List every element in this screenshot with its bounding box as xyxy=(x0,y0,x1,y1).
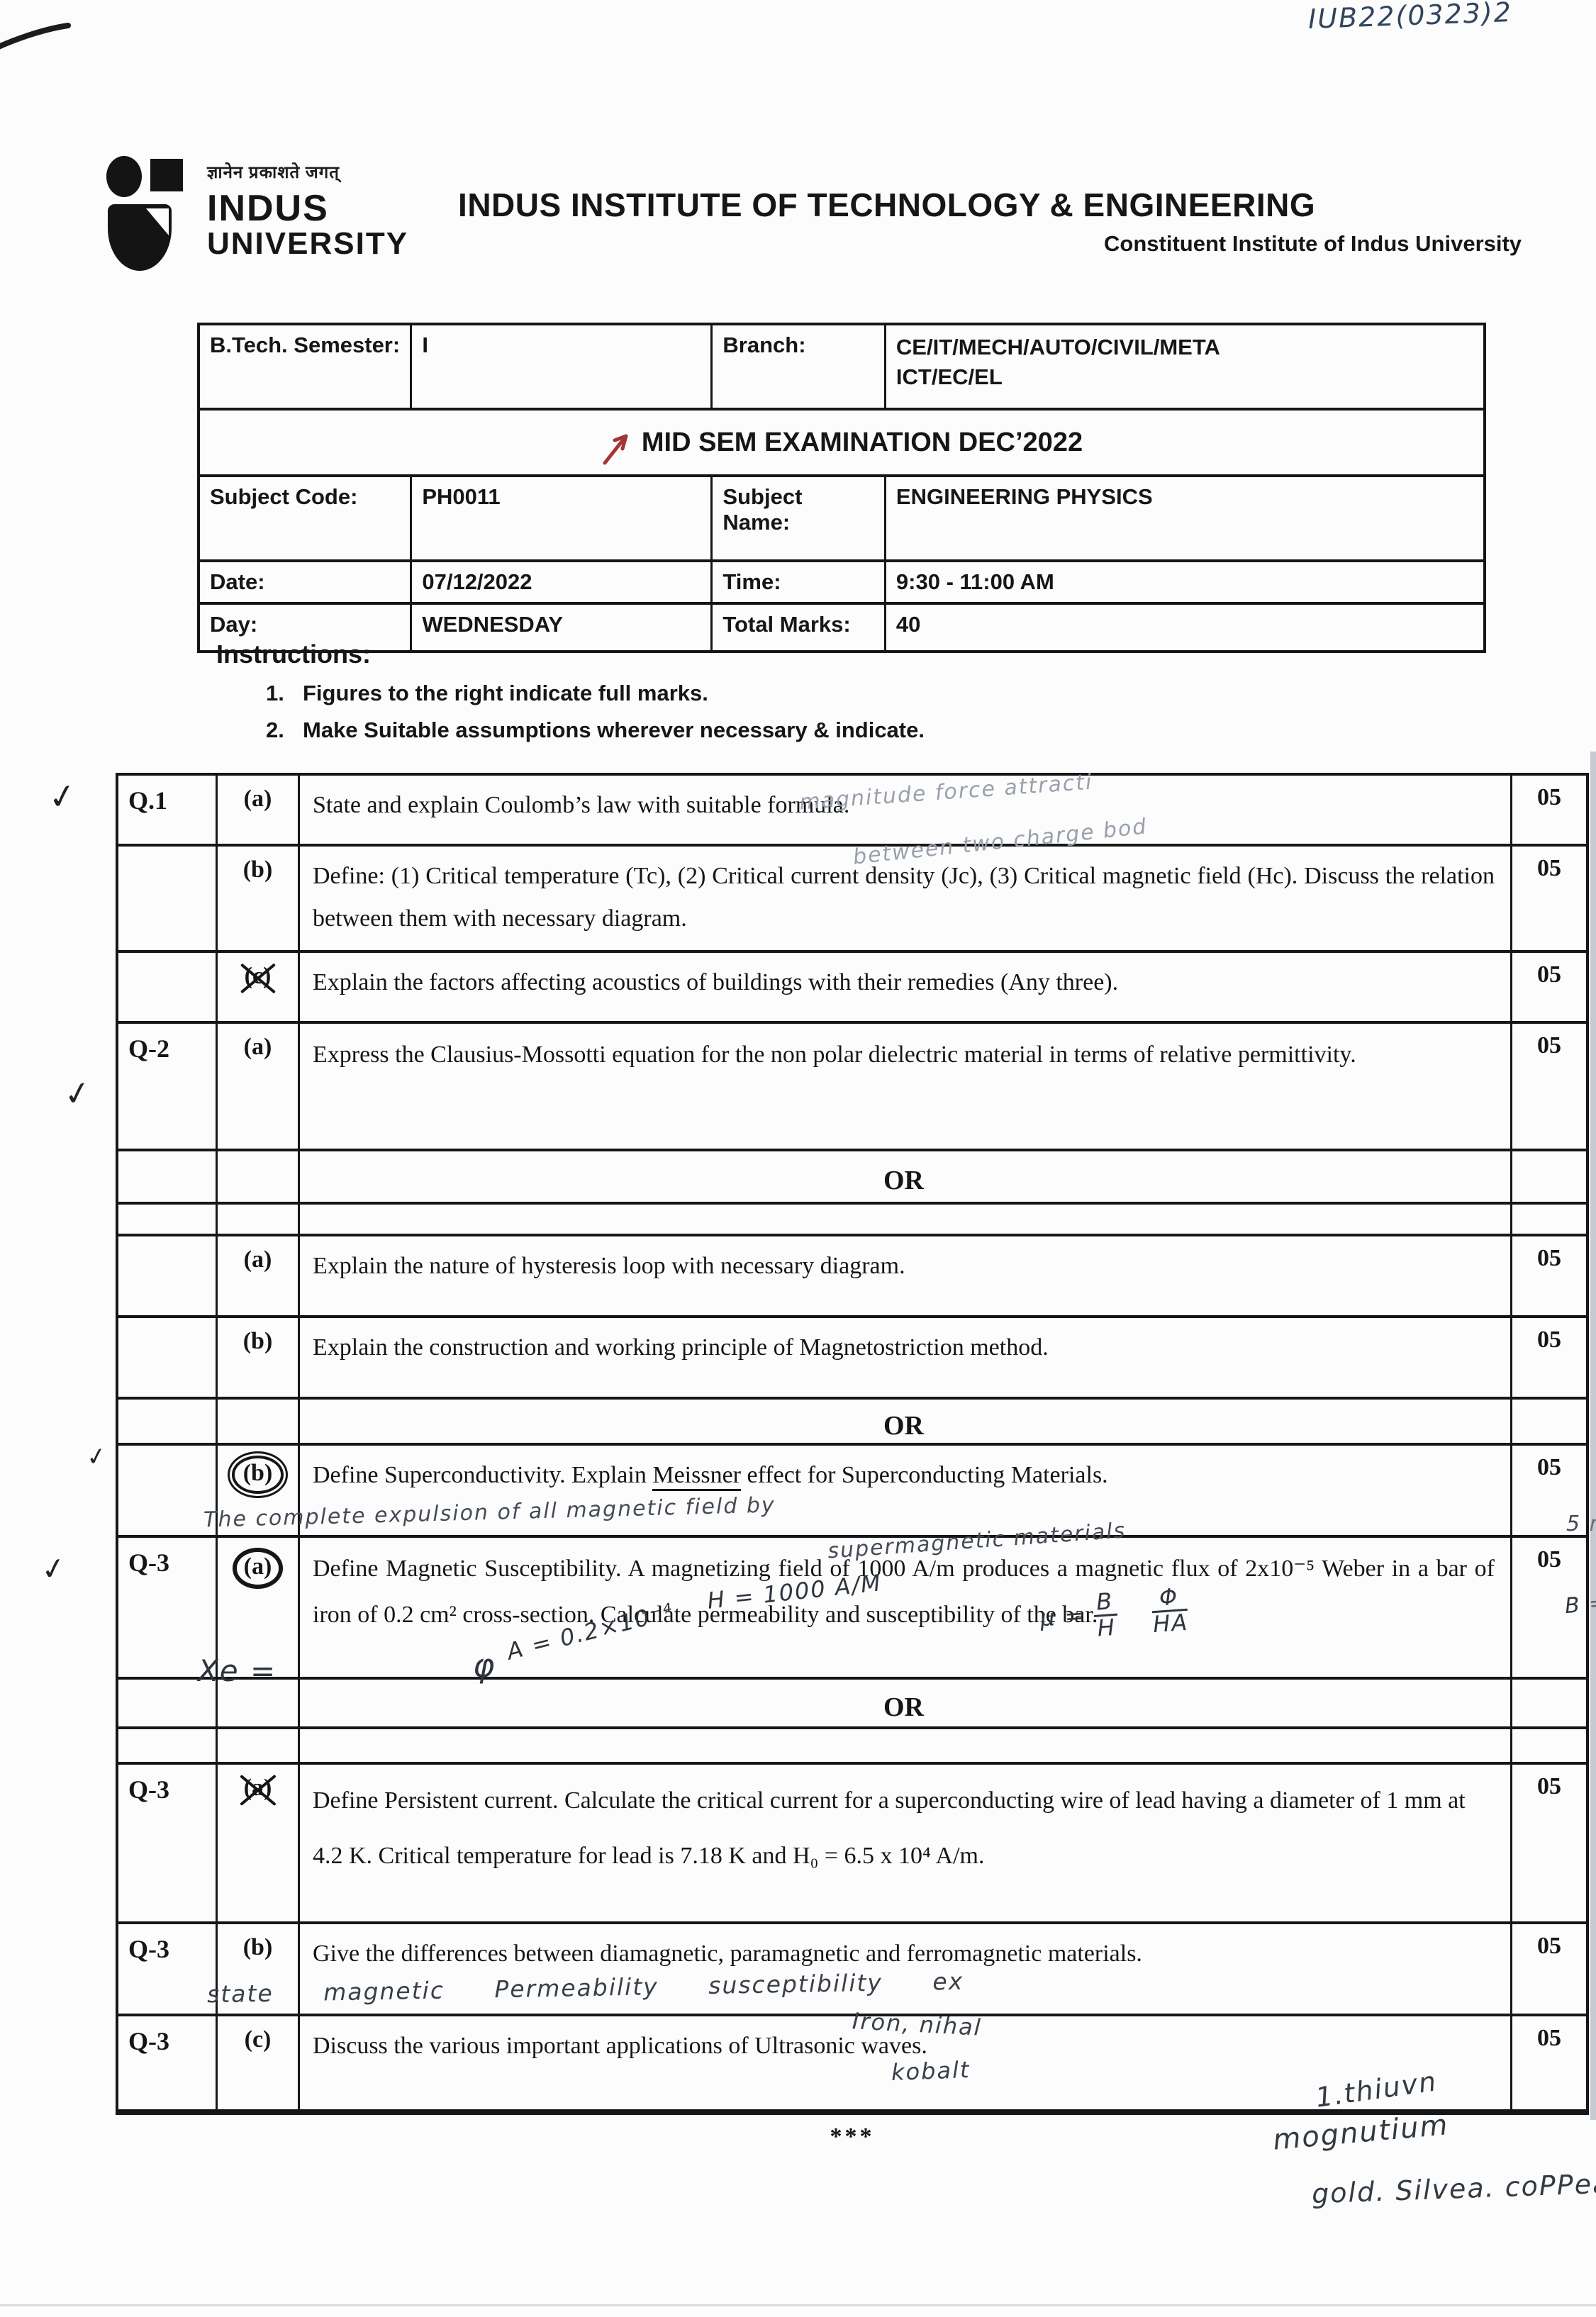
handwritten-note: gold. Silvea. coPPea xyxy=(1311,2168,1596,2210)
or-label: OR xyxy=(300,1151,1512,1202)
scan-edge-line xyxy=(0,2304,1596,2306)
instructions-heading: Instructions: xyxy=(216,640,925,669)
question-marks: 05 xyxy=(1512,953,1586,1021)
question-marks: 05 xyxy=(1512,1318,1586,1397)
question-number xyxy=(118,1318,218,1397)
question-row: (a) Explain the nature of hysteresis loo… xyxy=(118,1236,1586,1318)
question-part-crossed-out: (a) xyxy=(218,1765,300,1921)
or-label: OR xyxy=(300,1680,1512,1726)
branch-label: Branch: xyxy=(713,325,886,408)
subject-name-label: Subject Name: xyxy=(713,477,886,559)
subject-name-value: ENGINEERING PHYSICS xyxy=(886,477,1483,559)
question-part: (a) xyxy=(218,1236,300,1315)
exam-title-row: MID SEM EXAMINATION DEC’2022 xyxy=(200,411,1483,477)
checkmark: ✓ xyxy=(84,1441,109,1473)
or-row: OR xyxy=(118,1400,1586,1446)
question-part-circled: (a) xyxy=(218,1538,300,1677)
question-row: Q-2 (a) Express the Clausius-Mossotti eq… xyxy=(118,1024,1586,1151)
handwritten-student-id: IUB22(0323)2 xyxy=(1307,0,1512,35)
question-row: Q-3 (a) Define Persistent current. Calcu… xyxy=(118,1765,1586,1924)
question-text: Express the Clausius-Mossotti equation f… xyxy=(300,1024,1512,1149)
total-marks-value: 40 xyxy=(886,605,1483,650)
question-marks: 05 xyxy=(1512,847,1586,950)
question-part: (b) xyxy=(218,847,300,950)
branch-value: CE/IT/MECH/AUTO/CIVIL/META ICT/EC/EL xyxy=(886,325,1483,408)
question-number xyxy=(118,847,218,950)
logo-name-line2: UNIVERSITY xyxy=(207,228,408,259)
header: ज्ञानेन प्रकाशते जगत् INDUS UNIVERSITY I… xyxy=(106,155,1522,272)
exam-paper-scan: IUB22(0323)2 ज्ञानेन प्रकाशते जगत् INDUS… xyxy=(0,0,1596,2317)
indus-logo-icon xyxy=(106,155,193,272)
question-number: Q.1 xyxy=(118,776,218,844)
question-row: (c) Explain the factors affecting acoust… xyxy=(118,953,1586,1024)
logo-motto: ज्ञानेन प्रकाशते जगत् xyxy=(207,160,408,184)
question-part-circled: (b) xyxy=(218,1446,300,1535)
question-row: Q-3 (a) Define Magnetic Susceptibility. … xyxy=(118,1538,1586,1680)
checkmark: ✓ xyxy=(38,1549,69,1587)
question-row: (b) Define: (1) Critical temperature (Tc… xyxy=(118,847,1586,953)
question-text: Define Superconductivity. Explain Meissn… xyxy=(300,1446,1512,1535)
spacer-row xyxy=(118,1205,1586,1236)
subject-code-value: PH0011 xyxy=(412,477,713,559)
question-marks: 05 xyxy=(1512,1236,1586,1315)
question-row: Q-3 (b) Give the differences between dia… xyxy=(118,1924,1586,2016)
question-text: Explain the nature of hysteresis loop wi… xyxy=(300,1236,1512,1315)
question-part: (a) xyxy=(218,776,300,844)
question-text: Define: (1) Critical temperature (Tc), (… xyxy=(300,847,1512,950)
or-row: OR xyxy=(118,1151,1586,1205)
red-pen-arrow-icon xyxy=(601,428,635,466)
instructions: Instructions: 1. Figures to the right in… xyxy=(216,640,925,743)
instruction-item: 1. Figures to the right indicate full ma… xyxy=(266,681,925,706)
question-number: Q-3 xyxy=(118,1765,218,1921)
question-part: (c) xyxy=(218,2016,300,2109)
or-row: OR xyxy=(118,1680,1586,1729)
question-text: Explain the factors affecting acoustics … xyxy=(300,953,1512,1021)
subject-code-label: Subject Code: xyxy=(200,477,412,559)
question-number xyxy=(118,1446,218,1535)
checkmark: ✓ xyxy=(45,775,79,819)
question-text: Explain the construction and working pri… xyxy=(300,1318,1512,1397)
institute-subtitle: Constituent Institute of Indus Universit… xyxy=(458,231,1522,257)
question-part: (a) xyxy=(218,1024,300,1149)
question-marks: 05 xyxy=(1512,1538,1586,1677)
question-part: (b) xyxy=(218,1318,300,1397)
spacer-row xyxy=(118,1729,1586,1765)
question-number xyxy=(118,953,218,1021)
question-table: Q.1 (a) State and explain Coulomb’s law … xyxy=(116,773,1589,2115)
corner-pen-stroke xyxy=(0,10,82,60)
logo-name-line1: INDUS xyxy=(207,189,408,228)
exam-title: MID SEM EXAMINATION DEC’2022 xyxy=(642,428,1083,458)
date-label: Date: xyxy=(200,562,412,602)
question-number: Q-3 xyxy=(118,1924,218,2014)
question-number: Q-3 xyxy=(118,1538,218,1677)
question-marks: 05 xyxy=(1512,1446,1586,1535)
question-text: State and explain Coulomb’s law with sui… xyxy=(300,776,1512,844)
question-marks: 05 xyxy=(1512,1765,1586,1921)
question-text: Give the differences between diamagnetic… xyxy=(300,1924,1512,2014)
question-marks: 05 xyxy=(1512,1924,1586,2014)
underlined-word: Meissner xyxy=(652,1462,741,1491)
time-label: Time: xyxy=(713,562,886,602)
semester-label: B.Tech. Semester: xyxy=(200,325,412,408)
question-text: Define Persistent current. Calculate the… xyxy=(300,1765,1512,1921)
question-row: Q.1 (a) State and explain Coulomb’s law … xyxy=(118,776,1586,847)
question-part: (b) xyxy=(218,1924,300,2014)
question-row: (b) Explain the construction and working… xyxy=(118,1318,1586,1400)
time-value: 9:30 - 11:00 AM xyxy=(886,562,1483,602)
or-label: OR xyxy=(300,1400,1512,1443)
question-number xyxy=(118,1236,218,1315)
question-marks: 05 xyxy=(1512,776,1586,844)
question-part-crossed-out: (c) xyxy=(218,953,300,1021)
question-marks: 05 xyxy=(1512,2016,1586,2109)
question-number: Q-2 xyxy=(118,1024,218,1149)
semester-value: I xyxy=(412,325,713,408)
question-text: Define Magnetic Susceptibility. A magnet… xyxy=(300,1538,1512,1677)
instruction-item: 2. Make Suitable assumptions wherever ne… xyxy=(266,718,925,743)
exam-info-table: B.Tech. Semester: I Branch: CE/IT/MECH/A… xyxy=(197,323,1486,653)
question-marks: 05 xyxy=(1512,1024,1586,1149)
question-row: (b) Define Superconductivity. Explain Me… xyxy=(118,1446,1586,1538)
question-number: Q-3 xyxy=(118,2016,218,2109)
date-value: 07/12/2022 xyxy=(412,562,713,602)
scan-edge-shadow xyxy=(1590,752,1596,2120)
checkmark: ✓ xyxy=(61,1072,94,1115)
institute-title: INDUS INSTITUTE OF TECHNOLOGY & ENGINEER… xyxy=(458,186,1522,224)
university-logo: ज्ञानेन प्रकाशते जगत् INDUS UNIVERSITY xyxy=(106,155,408,272)
